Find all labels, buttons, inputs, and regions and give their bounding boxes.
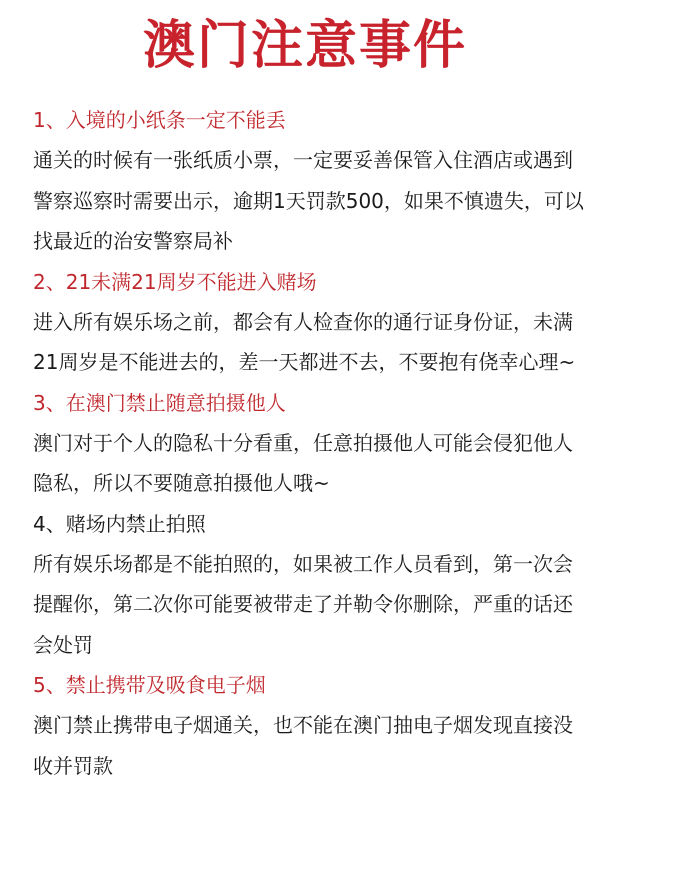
body-line: 提醒你，第二次你可能要被带走了并勒令你删除，严重的话还 [33, 584, 673, 625]
section-5: 5、禁止携带及吸食电子烟 澳门禁止携带电子烟通关，也不能在澳门抽电子烟发现直接没… [33, 665, 673, 786]
body-line: 所有娱乐场都是不能拍照的，如果被工作人员看到，第一次会 [33, 544, 673, 585]
body-line: 找最近的治安警察局补 [33, 221, 673, 262]
body-line: 警察巡察时需要出示，逾期1天罚款500，如果不慎遗失，可以 [33, 181, 673, 222]
body-line: 21周岁是不能进去的，差一天都进不去，不要抱有侥幸心理~ [33, 342, 673, 383]
body-line: 澳门禁止携带电子烟通关，也不能在澳门抽电子烟发现直接没 [33, 705, 673, 746]
section-1: 1、入境的小纸条一定不能丢 通关的时候有一张纸质小票，一定要妥善保管入住酒店或遇… [33, 100, 673, 262]
section-body: 通关的时候有一张纸质小票，一定要妥善保管入住酒店或遇到 警察巡察时需要出示，逾期… [33, 140, 673, 262]
body-line: 进入所有娱乐场之前，都会有人检查你的通行证身份证，未满 [33, 302, 673, 343]
body-line: 收并罚款 [33, 746, 673, 787]
section-heading: 4、赌场内禁止拍照 [33, 504, 673, 544]
body-line: 通关的时候有一张纸质小票，一定要妥善保管入住酒店或遇到 [33, 140, 673, 181]
body-line: 隐私，所以不要随意拍摄他人哦~ [33, 463, 673, 504]
page-title: 澳门注意事件 [0, 14, 680, 78]
body-line: 澳门对于个人的隐私十分看重，任意拍摄他人可能会侵犯他人 [33, 423, 673, 464]
section-heading: 3、在澳门禁止随意拍摄他人 [33, 383, 673, 423]
section-heading: 5、禁止携带及吸食电子烟 [33, 665, 673, 705]
section-heading: 2、21未满21周岁不能进入赌场 [33, 262, 673, 302]
section-body: 进入所有娱乐场之前，都会有人检查你的通行证身份证，未满 21周岁是不能进去的，差… [33, 302, 673, 383]
section-body: 澳门对于个人的隐私十分看重，任意拍摄他人可能会侵犯他人 隐私，所以不要随意拍摄他… [33, 423, 673, 504]
section-body: 所有娱乐场都是不能拍照的，如果被工作人员看到，第一次会 提醒你，第二次你可能要被… [33, 544, 673, 666]
section-3: 3、在澳门禁止随意拍摄他人 澳门对于个人的隐私十分看重，任意拍摄他人可能会侵犯他… [33, 383, 673, 504]
section-heading: 1、入境的小纸条一定不能丢 [33, 100, 673, 140]
section-2: 2、21未满21周岁不能进入赌场 进入所有娱乐场之前，都会有人检查你的通行证身份… [33, 262, 673, 383]
notice-list: 1、入境的小纸条一定不能丢 通关的时候有一张纸质小票，一定要妥善保管入住酒店或遇… [33, 100, 673, 786]
section-body: 澳门禁止携带电子烟通关，也不能在澳门抽电子烟发现直接没 收并罚款 [33, 705, 673, 786]
section-4: 4、赌场内禁止拍照 所有娱乐场都是不能拍照的，如果被工作人员看到，第一次会 提醒… [33, 504, 673, 666]
body-line: 会处罚 [33, 625, 673, 666]
